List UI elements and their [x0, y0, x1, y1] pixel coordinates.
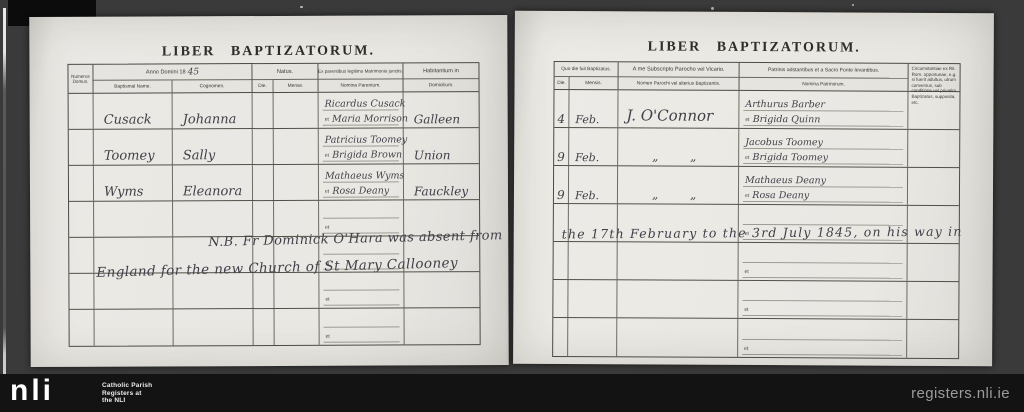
register-left-page: LIBER BAPTIZATORUM. Numerus Domus. Anno …: [29, 15, 509, 367]
nli-caption: Catholic Parish Registers at the NLI: [102, 382, 152, 405]
entry-sponsor1: Mathaeus Deany: [745, 175, 826, 186]
register-row: 9 Feb. „ „ Mathaeus Deany etRosa Deany: [554, 166, 959, 206]
film-edge-line: [3, 8, 6, 380]
header-residence-group: Habitantium in Domicilium.: [403, 63, 478, 91]
entry-mother: Rosa Deany: [332, 185, 389, 196]
nli-logo: nli: [10, 376, 54, 406]
entry-father: Ricardus Cusack: [325, 98, 406, 109]
header-house-number: Numerus Domus.: [68, 65, 93, 93]
register-row: Wyms Eleanora Mathaeus Wyms etRosa Deany…: [69, 164, 479, 202]
entry-month: Feb.: [575, 189, 599, 202]
left-table-header: Numerus Domus. Anno Domini 18 45 Baptism…: [68, 63, 478, 94]
entry-mother: Maria Morrison: [332, 113, 408, 124]
header-priest-group: A me Subscripto Parocho vel Vicario. Nom…: [619, 62, 740, 90]
header-mensis: Mensis.: [570, 77, 618, 89]
entry-residence: Union: [414, 148, 451, 162]
entry-surname: Toomey: [104, 148, 155, 163]
header-anno-domini-group: Anno Domini 18 45 Baptismal Name. Cognom…: [93, 64, 252, 93]
header-mense: Mense.: [274, 80, 318, 92]
header-die: Die.: [555, 77, 570, 89]
register-row: Cusack Johanna Ricardus Cusack etMaria M…: [69, 92, 479, 130]
dust-speck: [300, 6, 303, 8]
register-row-empty: et: [554, 242, 959, 282]
entry-mother: Brigida Brown: [332, 149, 402, 160]
register-right-page: LIBER BAPTIZATORUM. Quo die fuit Baptiza…: [513, 11, 994, 367]
register-row-empty: et: [553, 318, 958, 358]
header-sponsors-group: Patrinis adstantibus et a Sacro Fonte le…: [740, 63, 909, 91]
header-die: Die.: [253, 80, 274, 92]
entry-day: 9: [557, 188, 565, 202]
year-handwritten: 45: [188, 67, 199, 77]
register-row: 9 Feb. „ „ Jacobus Toomey etBrigida Toom…: [554, 128, 959, 168]
header-nomina-patrinorum: Nomina Patrinorum.: [740, 78, 908, 91]
left-register-table: Numerus Domus. Anno Domini 18 45 Baptism…: [67, 62, 480, 347]
site-url-watermark: registers.nli.ie: [911, 385, 1010, 402]
entry-priest-signature: J. O'Connor: [626, 106, 713, 124]
header-cognomen: Cognomen.: [173, 80, 252, 92]
entry-day: 4: [557, 112, 565, 126]
entry-residence: Galleen: [414, 112, 460, 126]
header-natus-group: Natus. Die. Mense.: [252, 64, 318, 92]
anno-domini-label: Anno Domini 18: [146, 69, 186, 75]
entry-father: Mathaeus Wyms: [325, 170, 404, 181]
header-baptismal-name: Baptismal Name.: [94, 80, 173, 92]
entry-surname: Wyms: [104, 185, 143, 200]
header-nomina-parentum: Nomina Parentum.: [319, 79, 403, 91]
entry-name: Eleanora: [183, 184, 242, 199]
register-row-empty: et: [70, 308, 480, 346]
header-parents-group: Ex parentibus legitimo Matrimonio juncti…: [318, 63, 403, 91]
entry-father: Patricius Toomey: [325, 134, 407, 145]
entry-residence: Fauckley: [414, 184, 468, 198]
entry-sponsor1: Arthurus Barber: [745, 99, 825, 110]
header-priest-name: Nomen Parochi vel alterius Baptizantis.: [619, 77, 739, 90]
right-table-header: Quo die fuit Baptizatus. Die. Mensis. A …: [555, 62, 960, 92]
entry-sponsor2: Rosa Deany: [752, 190, 809, 201]
entry-month: Feb.: [575, 151, 599, 164]
entry-priest-ditto: „ „: [652, 187, 710, 201]
entry-day: 9: [557, 150, 565, 164]
register-row: 4 Feb. J. O'Connor Arthurus Barber etBri…: [554, 90, 959, 130]
watermark-bar: [0, 374, 1024, 412]
register-row: Toomey Sally Patricius Toomey etBrigida …: [69, 128, 479, 166]
right-page-title: LIBER BAPTIZATORUM.: [515, 39, 994, 58]
right-register-table: Quo die fuit Baptizatus. Die. Mensis. A …: [552, 61, 961, 359]
entry-month: Feb.: [575, 113, 599, 126]
entry-surname: Cusack: [104, 113, 152, 128]
entry-sponsor2: Brigida Toomey: [752, 152, 828, 163]
left-page-title: LIBER BAPTIZATORUM.: [29, 43, 507, 61]
header-domicilium: Domicilium.: [404, 79, 479, 91]
entry-sponsor1: Jacobus Toomey: [745, 137, 823, 148]
entry-name: Sally: [183, 148, 215, 163]
entry-sponsor2: Brigida Quinn: [753, 114, 821, 125]
register-row-empty: et: [553, 280, 958, 320]
entry-priest-ditto: „ „: [652, 149, 710, 163]
marginal-note-continuation: the 17th February to the 3rd July 1845, …: [562, 224, 963, 242]
header-baptism-date-group: Quo die fuit Baptizatus. Die. Mensis.: [555, 62, 619, 89]
dust-speck: [852, 4, 854, 6]
header-circumstances: Circumstantiae ex Rit. Rom. opportunae, …: [909, 64, 960, 91]
entry-name: Johanna: [183, 112, 237, 127]
dust-speck: [711, 7, 714, 10]
